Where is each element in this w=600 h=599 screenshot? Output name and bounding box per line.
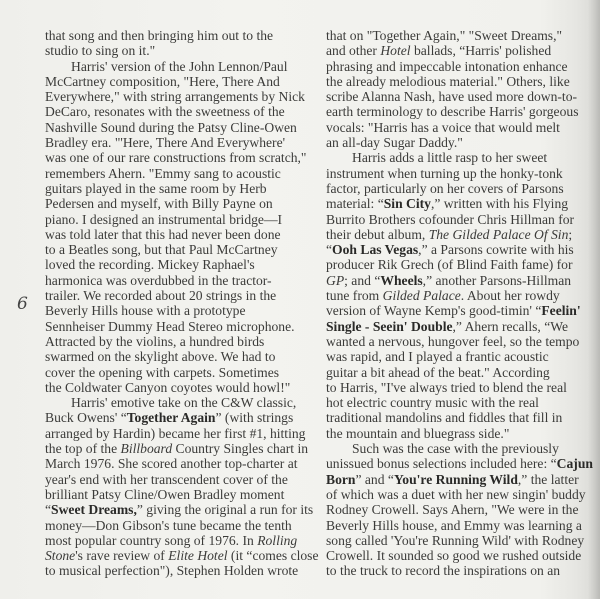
text-line: scribe Alanna Nash, have used more down-…	[326, 89, 588, 104]
text-line: remembers Ahern. "Emmy sang to acoustic	[45, 166, 303, 181]
text-line: to Harris, "I've always tried to blend t…	[326, 380, 588, 395]
text-line: Bradley era. "'Here, There And Everywher…	[45, 135, 303, 150]
text-line: of which was a duet with her new singin'…	[326, 487, 588, 502]
text-line: Everywhere," with string arrangements by…	[45, 89, 303, 104]
text-line: Beverly Hills house, and Emmy was learni…	[326, 518, 588, 533]
text-run: Buck Owens' “	[45, 410, 127, 425]
text-line: that on "Together Again," "Sweet Dreams,…	[326, 28, 588, 43]
text-line: “Ooh Las Vegas,” a Parsons cowrite with …	[326, 242, 588, 257]
text-run: most popular country song of 1976. In	[45, 533, 257, 548]
text-line: factor, particularly on her covers of Pa…	[326, 181, 588, 196]
text-line: Attracted by the violins, a hundred bird…	[45, 334, 303, 349]
song-title: Together Again	[127, 410, 216, 425]
text-line: producer Rik Grech (of Blind Faith fame)…	[326, 257, 588, 272]
text-line: material: “Sin City,” written with his F…	[326, 196, 588, 211]
text-line: harmonica was overdubbed in the tractor-	[45, 273, 303, 288]
text-line: Single - Seein' Double,” Ahern recalls, …	[326, 319, 588, 334]
text-line: vocals: "Harris has a voice that would m…	[326, 120, 588, 135]
paragraph-start-line: Harris adds a little rasp to her sweet	[326, 150, 588, 165]
text-line: and other Hotel ballads, “Harris' polish…	[326, 43, 588, 58]
left-text-column: that song and then bringing him out to t…	[45, 28, 303, 579]
text-line: to a Beatles song, but that Paul McCartn…	[45, 242, 303, 257]
text-run: ,” Ahern recalls, “We	[453, 319, 569, 334]
text-line: Crowell. It sounded so good we rushed ou…	[326, 548, 588, 563]
text-line: was one of our rare constructions from s…	[45, 150, 303, 165]
text-run: ,” the latter	[518, 472, 579, 487]
text-line: the Coldwater Canyon coyotes would howl!…	[45, 380, 303, 395]
text-line: the top of the Billboard Country Singles…	[45, 441, 303, 456]
text-run: . About her rowdy	[461, 288, 560, 303]
text-line: swarmed on the skylight above. We had to	[45, 349, 303, 364]
text-run: and other	[326, 43, 380, 58]
text-run: ,” another Parsons-Hillman	[423, 273, 571, 288]
text-line: was rapid, and I played a frantic acoust…	[326, 349, 588, 364]
text-line: their debut album, The Gilded Palace Of …	[326, 227, 588, 242]
text-line: unissued bonus selections included here:…	[326, 456, 588, 471]
text-line: earth terminology to describe Harris' go…	[326, 104, 588, 119]
text-line: was told later that this had never been …	[45, 227, 303, 242]
text-line: McCartney composition, "Here, There And	[45, 74, 303, 89]
text-line: that song and then bringing him out to t…	[45, 28, 303, 43]
text-line: studio to sing on it."	[45, 43, 303, 58]
song-title: Single - Seein' Double	[326, 319, 453, 334]
text-run: ballads, “Harris' polished	[411, 43, 552, 58]
text-line: instrument when turning up the honky-ton…	[326, 166, 588, 181]
text-line: hot electric country music with the real	[326, 395, 588, 410]
song-title: Sin City	[384, 196, 431, 211]
album-title: Gilded Palace	[383, 288, 461, 303]
text-line: to the truck to record the inspirations …	[326, 563, 588, 578]
text-line: Nashville Sound during the Patsy Cline-O…	[45, 120, 303, 135]
album-title: Hotel	[380, 43, 410, 58]
text-line: March 1976. She scored another top-chart…	[45, 456, 303, 471]
text-run: ” and “	[355, 472, 394, 487]
text-line: brilliant Patsy Cline/Owen Bradley momen…	[45, 487, 303, 502]
text-line: arranged by Hardin) became her first #1,…	[45, 426, 303, 441]
paragraph-start-line: Such was the case with the previously	[326, 441, 588, 456]
text-line: Beverly Hills house with a prototype	[45, 303, 303, 318]
song-title: Sweet Dreams,	[51, 502, 137, 517]
text-run: ; and “	[344, 273, 380, 288]
text-run: ,” written with his Flying	[431, 196, 568, 211]
text-line: the mountain and bluegrass side."	[326, 426, 588, 441]
song-title: Ooh Las Vegas	[332, 242, 418, 257]
text-line: traditional mandolins and fiddles that f…	[326, 410, 588, 425]
paragraph-start-line: Harris' emotive take on the C&W classic,	[45, 395, 303, 410]
text-line: guitar a bit ahead of the beat." Accordi…	[326, 365, 588, 380]
text-line: most popular country song of 1976. In Ro…	[45, 533, 303, 548]
text-run: unissued bonus selections included here:…	[326, 456, 557, 471]
text-run: tune from	[326, 288, 383, 303]
text-line: phrasing and impeccable intonation enhan…	[326, 59, 588, 74]
text-line: version of Wayne Kemp's good-timin' “Fee…	[326, 303, 588, 318]
song-title: Feelin'	[541, 303, 580, 318]
text-line: Born” and “You're Running Wild,” the lat…	[326, 472, 588, 487]
text-run: 's rave review of	[75, 548, 168, 563]
text-run: material: “	[326, 196, 384, 211]
text-line: guitars played in the same room by Herb	[45, 181, 303, 196]
text-run: (it “comes close	[228, 548, 319, 563]
text-run: ,” a Parsons cowrite with his	[418, 242, 574, 257]
text-line: loved the recording. Mickey Raphael's	[45, 257, 303, 272]
text-line: piano. I designed an instrumental bridge…	[45, 212, 303, 227]
text-line: an all-day Sugar Daddy."	[326, 135, 588, 150]
song-title: Wheels	[380, 273, 422, 288]
text-line: wanted a nervous, hungover feel, so the …	[326, 334, 588, 349]
text-run: their debut album,	[326, 227, 429, 242]
publication-title: Billboard	[121, 441, 173, 456]
text-line: Buck Owens' “Together Again” (with strin…	[45, 410, 303, 425]
text-line: “Sweet Dreams,” giving the original a ru…	[45, 502, 303, 517]
text-line: DeCaro, resonates with the sweetness of …	[45, 104, 303, 119]
text-line: song called 'You're Running Wild' with R…	[326, 533, 588, 548]
song-title: Born	[326, 472, 355, 487]
album-title: The Gilded Palace Of Sin	[429, 227, 569, 242]
text-line: GP; and “Wheels,” another Parsons-Hillma…	[326, 273, 588, 288]
publication-title: Rolling	[257, 533, 297, 548]
text-line: tune from Gilded Palace. About her rowdy	[326, 288, 588, 303]
text-line: Burrito Brothers cofounder Chris Hillman…	[326, 212, 588, 227]
text-run: Country Singles chart in	[172, 441, 308, 456]
album-title: Elite Hotel	[168, 548, 227, 563]
page-number: 6	[17, 294, 28, 314]
text-run: ” (with strings	[215, 410, 293, 425]
publication-title: Stone	[45, 548, 75, 563]
text-run: ;	[568, 227, 572, 242]
text-line: Stone's rave review of Elite Hotel (it “…	[45, 548, 303, 563]
text-line: the already melodious material." Others,…	[326, 74, 588, 89]
text-line: cover the opening with carpets. Sometime…	[45, 365, 303, 380]
song-title: You're Running Wild	[394, 472, 518, 487]
text-line: money—Don Gibson's tune became the tenth	[45, 518, 303, 533]
text-line: Pedersen and myself, with Billy Payne on	[45, 196, 303, 211]
text-run: version of Wayne Kemp's good-timin' “	[326, 303, 541, 318]
text-run: ” giving the original a run for its	[137, 502, 313, 517]
right-text-column: that on "Together Again," "Sweet Dreams,…	[326, 28, 588, 579]
text-line: year's end with her transcendent cover o…	[45, 472, 303, 487]
text-line: Rodney Crowell. Says Ahern, "We were in …	[326, 502, 588, 517]
text-line: to musical perfection"), Stephen Holden …	[45, 563, 303, 578]
album-title: GP	[326, 273, 344, 288]
text-run: the top of the	[45, 441, 121, 456]
text-line: Sennheiser Dummy Head Stereo microphone.	[45, 319, 303, 334]
page-edge-shadow	[588, 0, 600, 599]
text-line: trailer. We recorded about 20 strings in…	[45, 288, 303, 303]
booklet-page: 6 that song and then bringing him out to…	[0, 0, 600, 599]
paragraph-start-line: Harris' version of the John Lennon/Paul	[45, 59, 303, 74]
